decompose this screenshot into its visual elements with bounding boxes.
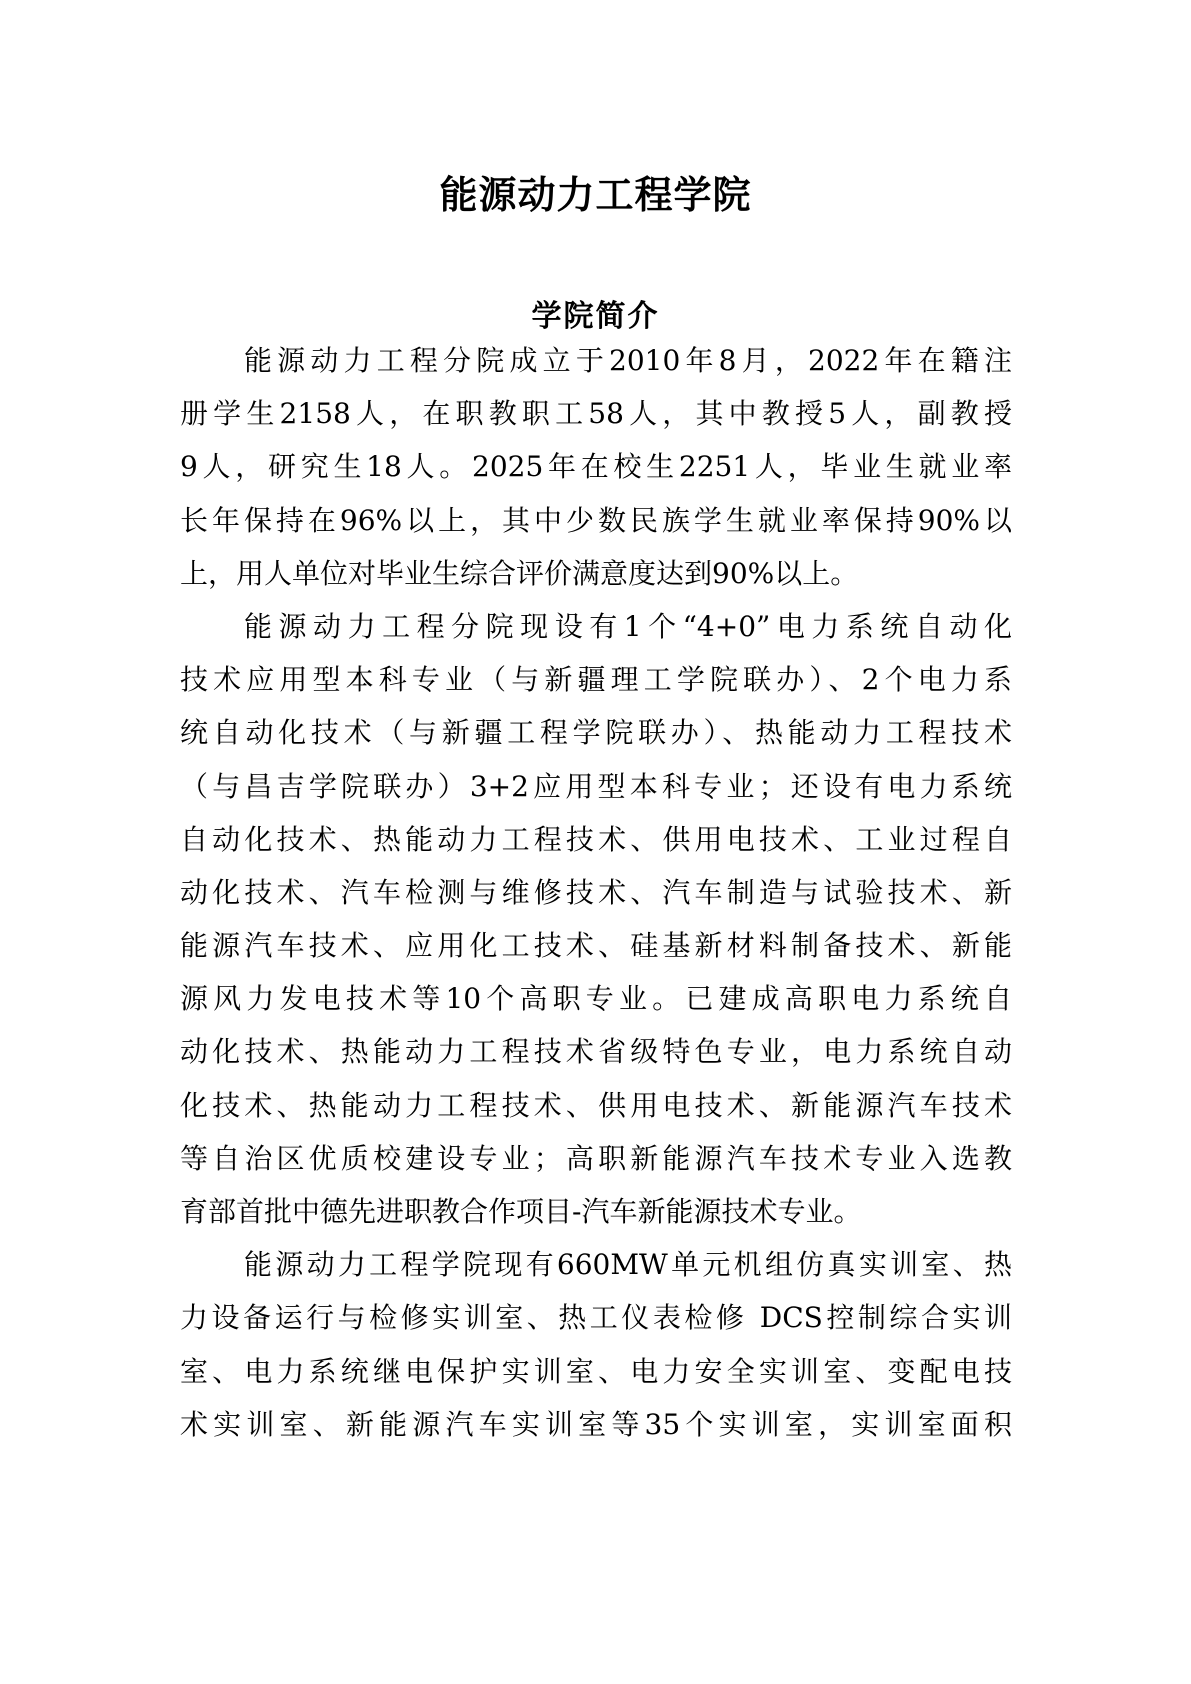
document-body: 能源动力工程分院成立于2010年8月，2022年在籍注 册学生2158人，在职教…	[180, 334, 1010, 1451]
text-line: 术实训室、新能源汽车实训室等35个实训室，实训室面积	[180, 1398, 1012, 1451]
text-line: 室、电力系统继电保护实训室、电力安全实训室、变配电技	[180, 1345, 1012, 1398]
text-line: 册学生2158人，在职教职工58人，其中教授5人，副教授	[180, 387, 1012, 440]
text-line: 动化技术、热能动力工程技术省级特色专业，电力系统自动	[180, 1025, 1012, 1078]
text-line: 育部首批中德先进职教合作项目-汽车新能源技术专业。	[180, 1185, 1012, 1238]
text-line: 能源动力工程分院现设有1个“4+0”电力系统自动化	[180, 600, 1012, 653]
document-page: 能源动力工程学院 学院简介 能源动力工程分院成立于2010年8月，2022年在籍…	[0, 0, 1191, 1684]
document-title: 能源动力工程学院	[0, 171, 1191, 219]
text-line: 上，用人单位对毕业生综合评价满意度达到90%以上。	[180, 547, 1012, 600]
text-line: 力设备运行与检修实训室、热工仪表检修 DCS控制综合实训	[180, 1291, 1012, 1344]
text-line: 技术应用型本科专业（与新疆理工学院联办）、2个电力系	[180, 653, 1012, 706]
text-line: 能源汽车技术、应用化工技术、硅基新材料制备技术、新能	[180, 919, 1012, 972]
text-line: 能源动力工程学院现有660MW单元机组仿真实训室、热	[180, 1238, 1012, 1291]
section-title: 学院简介	[0, 297, 1191, 337]
text-line: （与昌吉学院联办）3+2应用型本科专业；还设有电力系统	[180, 760, 1012, 813]
text-line: 等自治区优质校建设专业；高职新能源汽车技术专业入选教	[180, 1132, 1012, 1185]
text-line: 能源动力工程分院成立于2010年8月，2022年在籍注	[180, 334, 1012, 387]
text-line: 统自动化技术（与新疆工程学院联办）、热能动力工程技术	[180, 706, 1012, 759]
text-line: 9人，研究生18人。2025年在校生2251人，毕业生就业率	[180, 440, 1012, 493]
text-line: 长年保持在96%以上，其中少数民族学生就业率保持90%以	[180, 494, 1012, 547]
text-line: 动化技术、汽车检测与维修技术、汽车制造与试验技术、新	[180, 866, 1012, 919]
paragraph-majors: 能源动力工程分院现设有1个“4+0”电力系统自动化 技术应用型本科专业（与新疆理…	[180, 600, 1010, 1238]
text-line: 自动化技术、热能动力工程技术、供用电技术、工业过程自	[180, 813, 1012, 866]
text-line: 化技术、热能动力工程技术、供用电技术、新能源汽车技术	[180, 1079, 1012, 1132]
text-line: 源风力发电技术等10个高职专业。已建成高职电力系统自	[180, 972, 1012, 1025]
paragraph-facilities: 能源动力工程学院现有660MW单元机组仿真实训室、热 力设备运行与检修实训室、热…	[180, 1238, 1010, 1451]
paragraph-intro: 能源动力工程分院成立于2010年8月，2022年在籍注 册学生2158人，在职教…	[180, 334, 1010, 600]
